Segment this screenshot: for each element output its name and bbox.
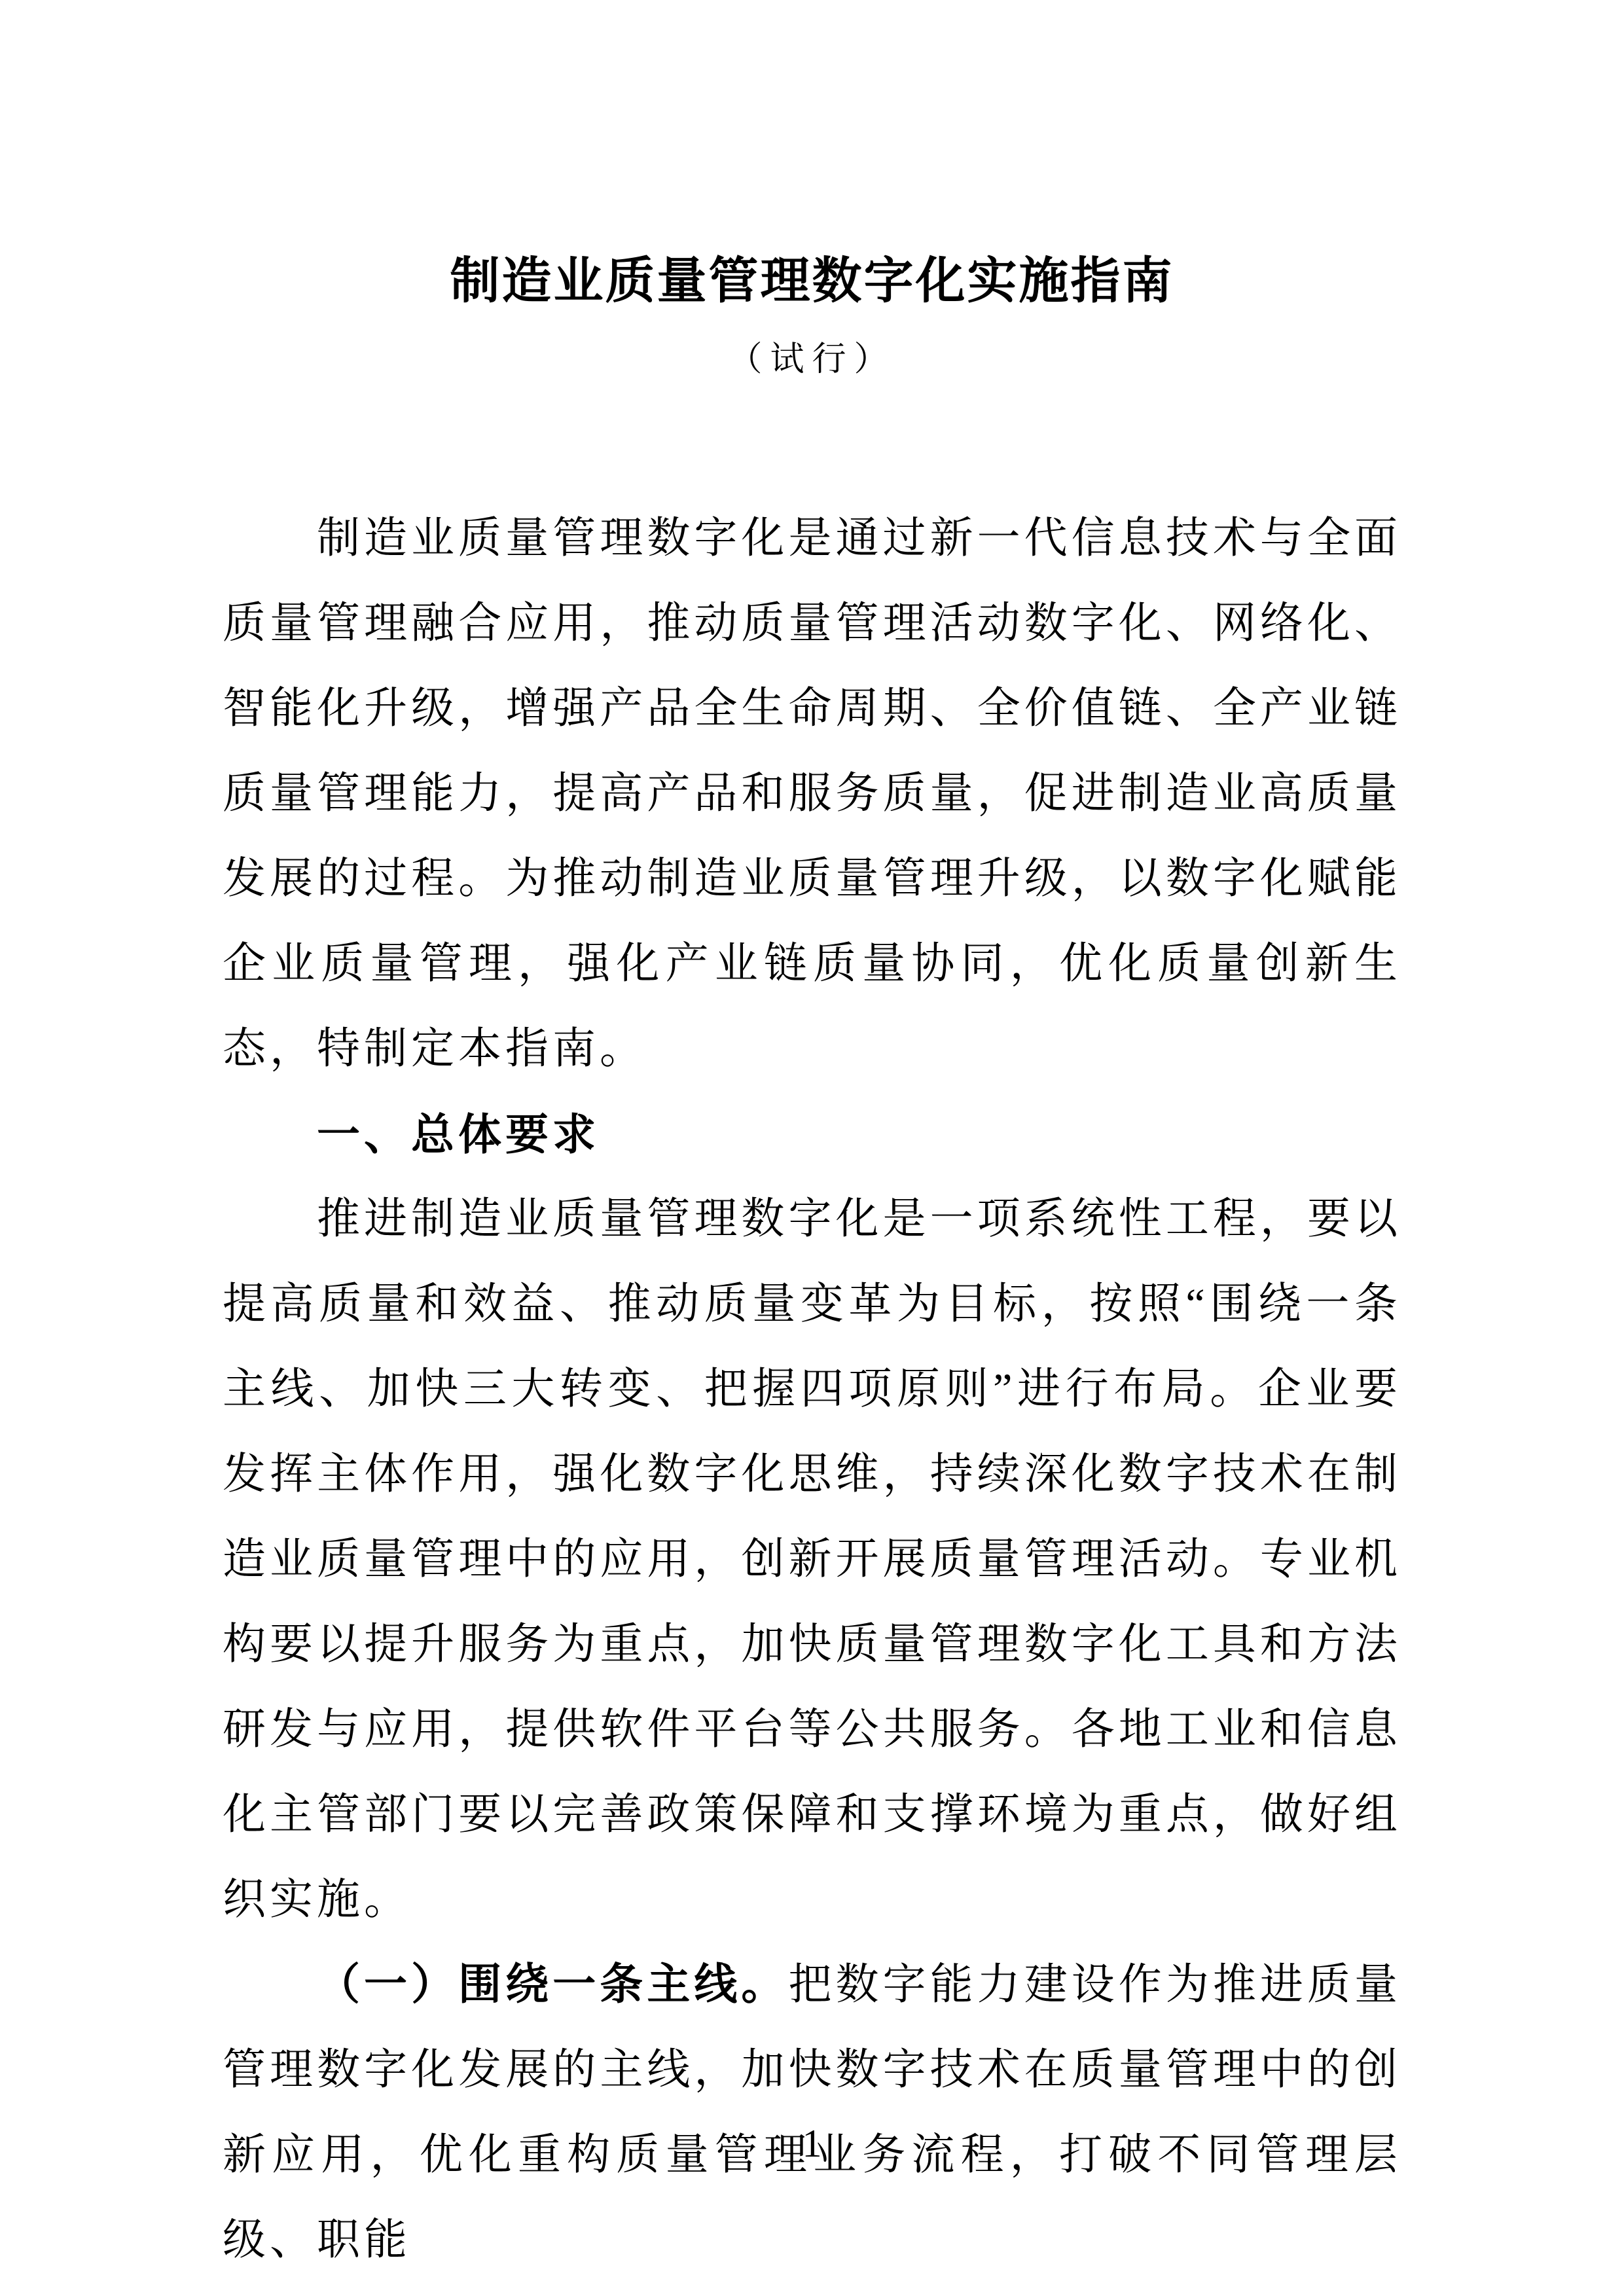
paragraph-lead: （一）围绕一条主线。 — [317, 1961, 788, 2009]
page-number: 1 — [0, 2121, 1624, 2166]
document-body: 制造业质量管理数字化是通过新一代信息技术与全面质量管理融合应用，推动质量管理活动… — [223, 496, 1401, 2283]
document-page: 制造业质量管理数字化实施指南 （试行） 制造业质量管理数字化是通过新一代信息技术… — [0, 0, 1624, 2296]
document-title: 制造业质量管理数字化实施指南 — [223, 245, 1401, 317]
section-heading: 一、总体要求 — [223, 1092, 1401, 1177]
paragraph: 制造业质量管理数字化是通过新一代信息技术与全面质量管理融合应用，推动质量管理活动… — [223, 496, 1401, 1092]
paragraph: （一）围绕一条主线。把数字能力建设作为推进质量管理数字化发展的主线，加快数字技术… — [223, 1943, 1401, 2283]
paragraph: 推进制造业质量管理数字化是一项系统性工程，要以提高质量和效益、推动质量变革为目标… — [223, 1177, 1401, 1943]
document-content: 制造业质量管理数字化实施指南 （试行） 制造业质量管理数字化是通过新一代信息技术… — [223, 0, 1401, 2283]
document-subtitle: （试行） — [223, 337, 1401, 383]
